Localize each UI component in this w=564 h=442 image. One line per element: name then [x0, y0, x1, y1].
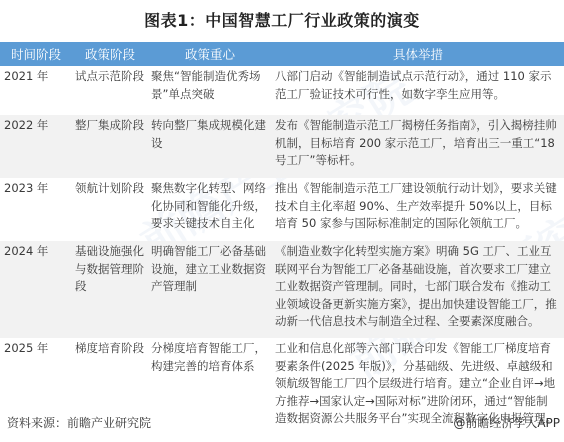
page-title: 图表1：中国智慧工厂行业政策的演变	[0, 8, 564, 31]
cell-year: 2021 年	[0, 66, 72, 115]
cell-stage: 整厂集成阶段	[72, 115, 148, 178]
table-header-row: 时间阶段 政策阶段 政策重心 具体举措	[0, 42, 564, 66]
cell-focus: 明确智能工厂必备基础设施，建立工业数据资产管理制	[148, 241, 272, 338]
cell-stage: 领航计划阶段	[72, 178, 148, 241]
cell-measures: 八部门启动《智能制造试点示范行动》，通过 110 家示范工厂验证技术可行性，如数…	[272, 66, 564, 115]
source-note: 资料来源：前瞻产业研究院	[7, 414, 151, 431]
cell-year: 2022 年	[0, 115, 72, 178]
table-row: 2024 年 基础设施强化与数据管理阶段 明确智能工厂必备基础设施，建立工业数据…	[0, 241, 564, 338]
cell-measures: 《制造业数字化转型实施方案》明确 5G 工厂、工业互联网平台为智能工厂必备基础设…	[272, 241, 564, 338]
header-specific-measures: 具体举措	[272, 42, 564, 66]
table-row: 2022 年 整厂集成阶段 转向整厂集成规模化建设 发布《智能制造示范工厂揭榜任…	[0, 115, 564, 178]
cell-year: 2023 年	[0, 178, 72, 241]
cell-focus: 聚焦数字化转型、网络化协同和智能化升级，要求关键技术自主化	[148, 178, 272, 241]
cell-year: 2024 年	[0, 241, 72, 338]
table-row: 2021 年 试点示范阶段 聚焦“智能制造优秀场景”单点突破 八部门启动《智能制…	[0, 66, 564, 115]
header-policy-stage: 政策阶段	[72, 42, 148, 66]
cell-measures: 发布《智能制造示范工厂揭榜任务指南》，引入揭榜挂帅机制，目标培育 200 家示范…	[272, 115, 564, 178]
cell-stage: 试点示范阶段	[72, 66, 148, 115]
header-time-stage: 时间阶段	[0, 42, 72, 66]
cell-measures: 推出《智能制造示范工厂建设领航行动计划》，要求关键技术自主化率超 90%、生产效…	[272, 178, 564, 241]
header-policy-focus: 政策重心	[148, 42, 272, 66]
cell-stage: 基础设施强化与数据管理阶段	[72, 241, 148, 338]
policy-table: 时间阶段 政策阶段 政策重心 具体举措 2021 年 试点示范阶段 聚焦“智能制…	[0, 42, 564, 434]
cell-focus: 转向整厂集成规模化建设	[148, 115, 272, 178]
cell-focus: 聚焦“智能制造优秀场景”单点突破	[148, 66, 272, 115]
table-row: 2023 年 领航计划阶段 聚焦数字化转型、网络化协同和智能化升级，要求关键技术…	[0, 178, 564, 241]
credit-note: @前瞻经济学人APP	[453, 414, 560, 431]
cell-focus: 分梯度培育智能工厂，构建完善的培育体系	[148, 338, 272, 434]
